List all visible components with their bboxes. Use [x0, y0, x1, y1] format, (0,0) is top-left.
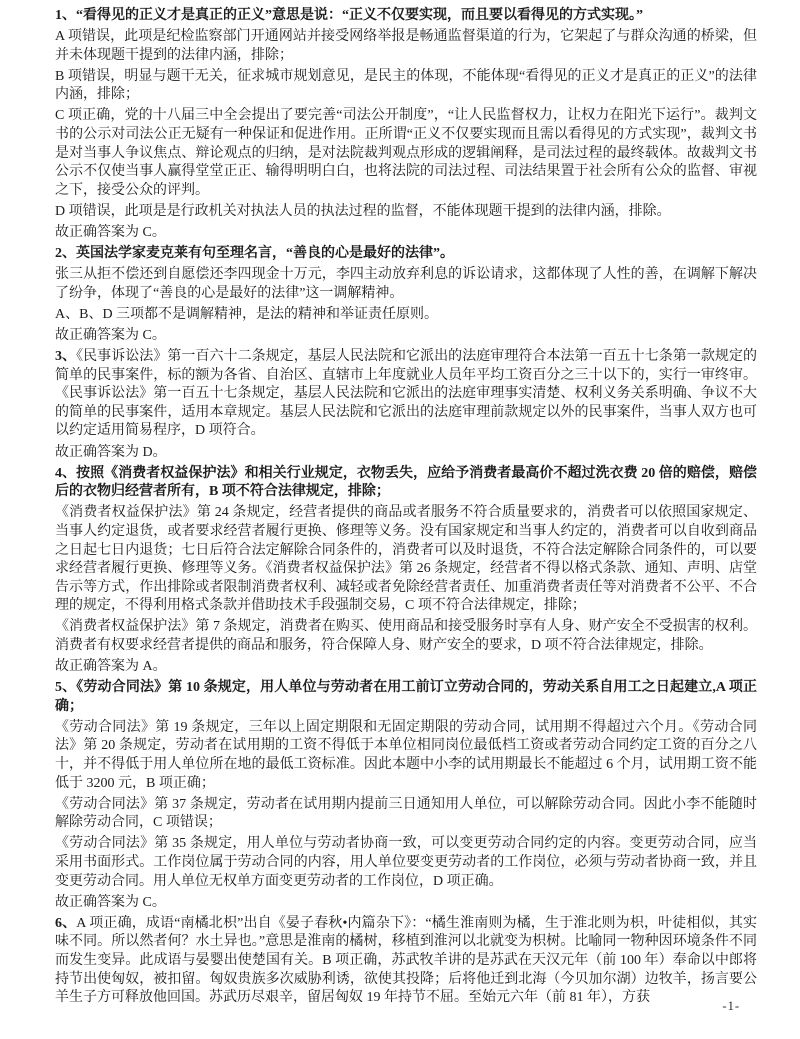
paragraph: 3、《民事诉讼法》第一百六十二条规定，基层人民法院和它派出的法庭审理符合本法第一… [55, 348, 757, 441]
answer-item-3: 3、《民事诉讼法》第一百六十二条规定，基层人民法院和它派出的法庭审理符合本法第一… [55, 348, 757, 462]
paragraph: 《消费者权益保护法》第 7 条规定，消费者在购买、使用商品和接受服务时享有人身、… [55, 618, 757, 655]
item-number: 3、 [55, 349, 76, 364]
item-number: 2、 [55, 246, 76, 261]
item-number: 6、 [55, 916, 76, 931]
item-number: 1、 [55, 8, 76, 23]
paragraph: 《劳动合同法》第 35 条规定，用人单位与劳动者协商一致，可以变更劳动合同约定的… [55, 835, 757, 891]
paragraph: A 项错误，此项是纪检监察部门开通网站并接受网络举报是畅通监督渠道的行为，它架起… [55, 28, 757, 65]
item-number: 5、 [55, 680, 76, 695]
document-page: 1、“看得见的正义才是真正的正义”意思是说：“正义不仅要实现，而且要以看得见的方… [55, 7, 757, 1010]
answer-item-4: 4、按照《消费者权益保护法》和相关行业规定，衣物丢失，应给予消费者最高价不超过洗… [55, 465, 757, 677]
page-number: -1- [722, 999, 740, 1014]
paragraph: 2、英国法学家麦克莱有句至理名言，“善良的心是最好的法律”。 [55, 245, 757, 264]
paragraph: 《劳动合同法》第 19 条规定，三年以上固定期限和无固定期限的劳动合同，试用期不… [55, 719, 757, 793]
answer-line: 故正确答案为 D。 [55, 444, 757, 463]
paragraph: 《劳动合同法》第 37 条规定，劳动者在试用期内提前三日通知用人单位，可以解除劳… [55, 796, 757, 833]
answer-item-1: 1、“看得见的正义才是真正的正义”意思是说：“正义不仅要实现，而且要以看得见的方… [55, 7, 757, 243]
item-number: 4、 [55, 466, 76, 481]
paragraph: 6、A 项正确，成语“南橘北枳”出自《晏子春秋•内篇杂下》：“橘生淮南则为橘，生… [55, 915, 757, 1008]
paragraph-text: 《民事诉讼法》第一百六十二条规定，基层人民法院和它派出的法庭审理符合本法第一百五… [55, 349, 757, 438]
paragraph-text: 按照《消费者权益保护法》和相关行业规定，衣物丢失，应给予消费者最高价不超过洗衣费… [55, 466, 757, 500]
paragraph-text: 英国法学家麦克莱有句至理名言，“善良的心是最好的法律”。 [76, 246, 454, 261]
paragraph: A、B、D 三项都不是调解精神，是法的精神和举证责任原则。 [55, 306, 757, 325]
answer-line: 故正确答案为 C。 [55, 224, 757, 243]
paragraph: 1、“看得见的正义才是真正的正义”意思是说：“正义不仅要实现，而且要以看得见的方… [55, 7, 757, 26]
answer-item-5: 5、《劳动合同法》第 10 条规定，用人单位与劳动者在用工前订立劳动合同的，劳动… [55, 679, 757, 912]
answer-line: 故正确答案为 C。 [55, 327, 757, 346]
paragraph-text: 《劳动合同法》第 10 条规定，用人单位与劳动者在用工前订立劳动合同的，劳动关系… [55, 680, 757, 714]
paragraph: 4、按照《消费者权益保护法》和相关行业规定，衣物丢失，应给予消费者最高价不超过洗… [55, 465, 757, 502]
answer-item-2: 2、英国法学家麦克莱有句至理名言，“善良的心是最好的法律”。 张三从拒不偿还到自… [55, 245, 757, 345]
paragraph: D 项错误，此项是是行政机关对执法人员的执法过程的监督，不能体现题干提到的法律内… [55, 203, 757, 222]
paragraph: C 项正确，党的十八届三中全会提出了要完善“司法公开制度”，“让人民监督权力，让… [55, 107, 757, 200]
paragraph: B 项错误，明显与题干无关，征求城市规划意见，是民主的体现，不能体现“看得见的正… [55, 68, 757, 105]
paragraph: 5、《劳动合同法》第 10 条规定，用人单位与劳动者在用工前订立劳动合同的，劳动… [55, 679, 757, 716]
answer-line: 故正确答案为 C。 [55, 894, 757, 913]
paragraph-text: “看得见的正义才是真正的正义”意思是说：“正义不仅要实现，而且要以看得见的方式实… [76, 8, 643, 23]
answer-item-6: 6、A 项正确，成语“南橘北枳”出自《晏子春秋•内篇杂下》：“橘生淮南则为橘，生… [55, 915, 757, 1008]
paragraph: 《消费者权益保护法》第 24 条规定，经营者提供的商品或者服务不符合质量要求的，… [55, 504, 757, 616]
answer-line: 故正确答案为 A。 [55, 658, 757, 677]
paragraph: 张三从拒不偿还到自愿偿还李四现金十万元，李四主动放弃利息的诉讼请求，这都体现了人… [55, 266, 757, 303]
paragraph-text: A 项正确，成语“南橘北枳”出自《晏子春秋•内篇杂下》：“橘生淮南则为橘，生于淮… [55, 916, 757, 1005]
